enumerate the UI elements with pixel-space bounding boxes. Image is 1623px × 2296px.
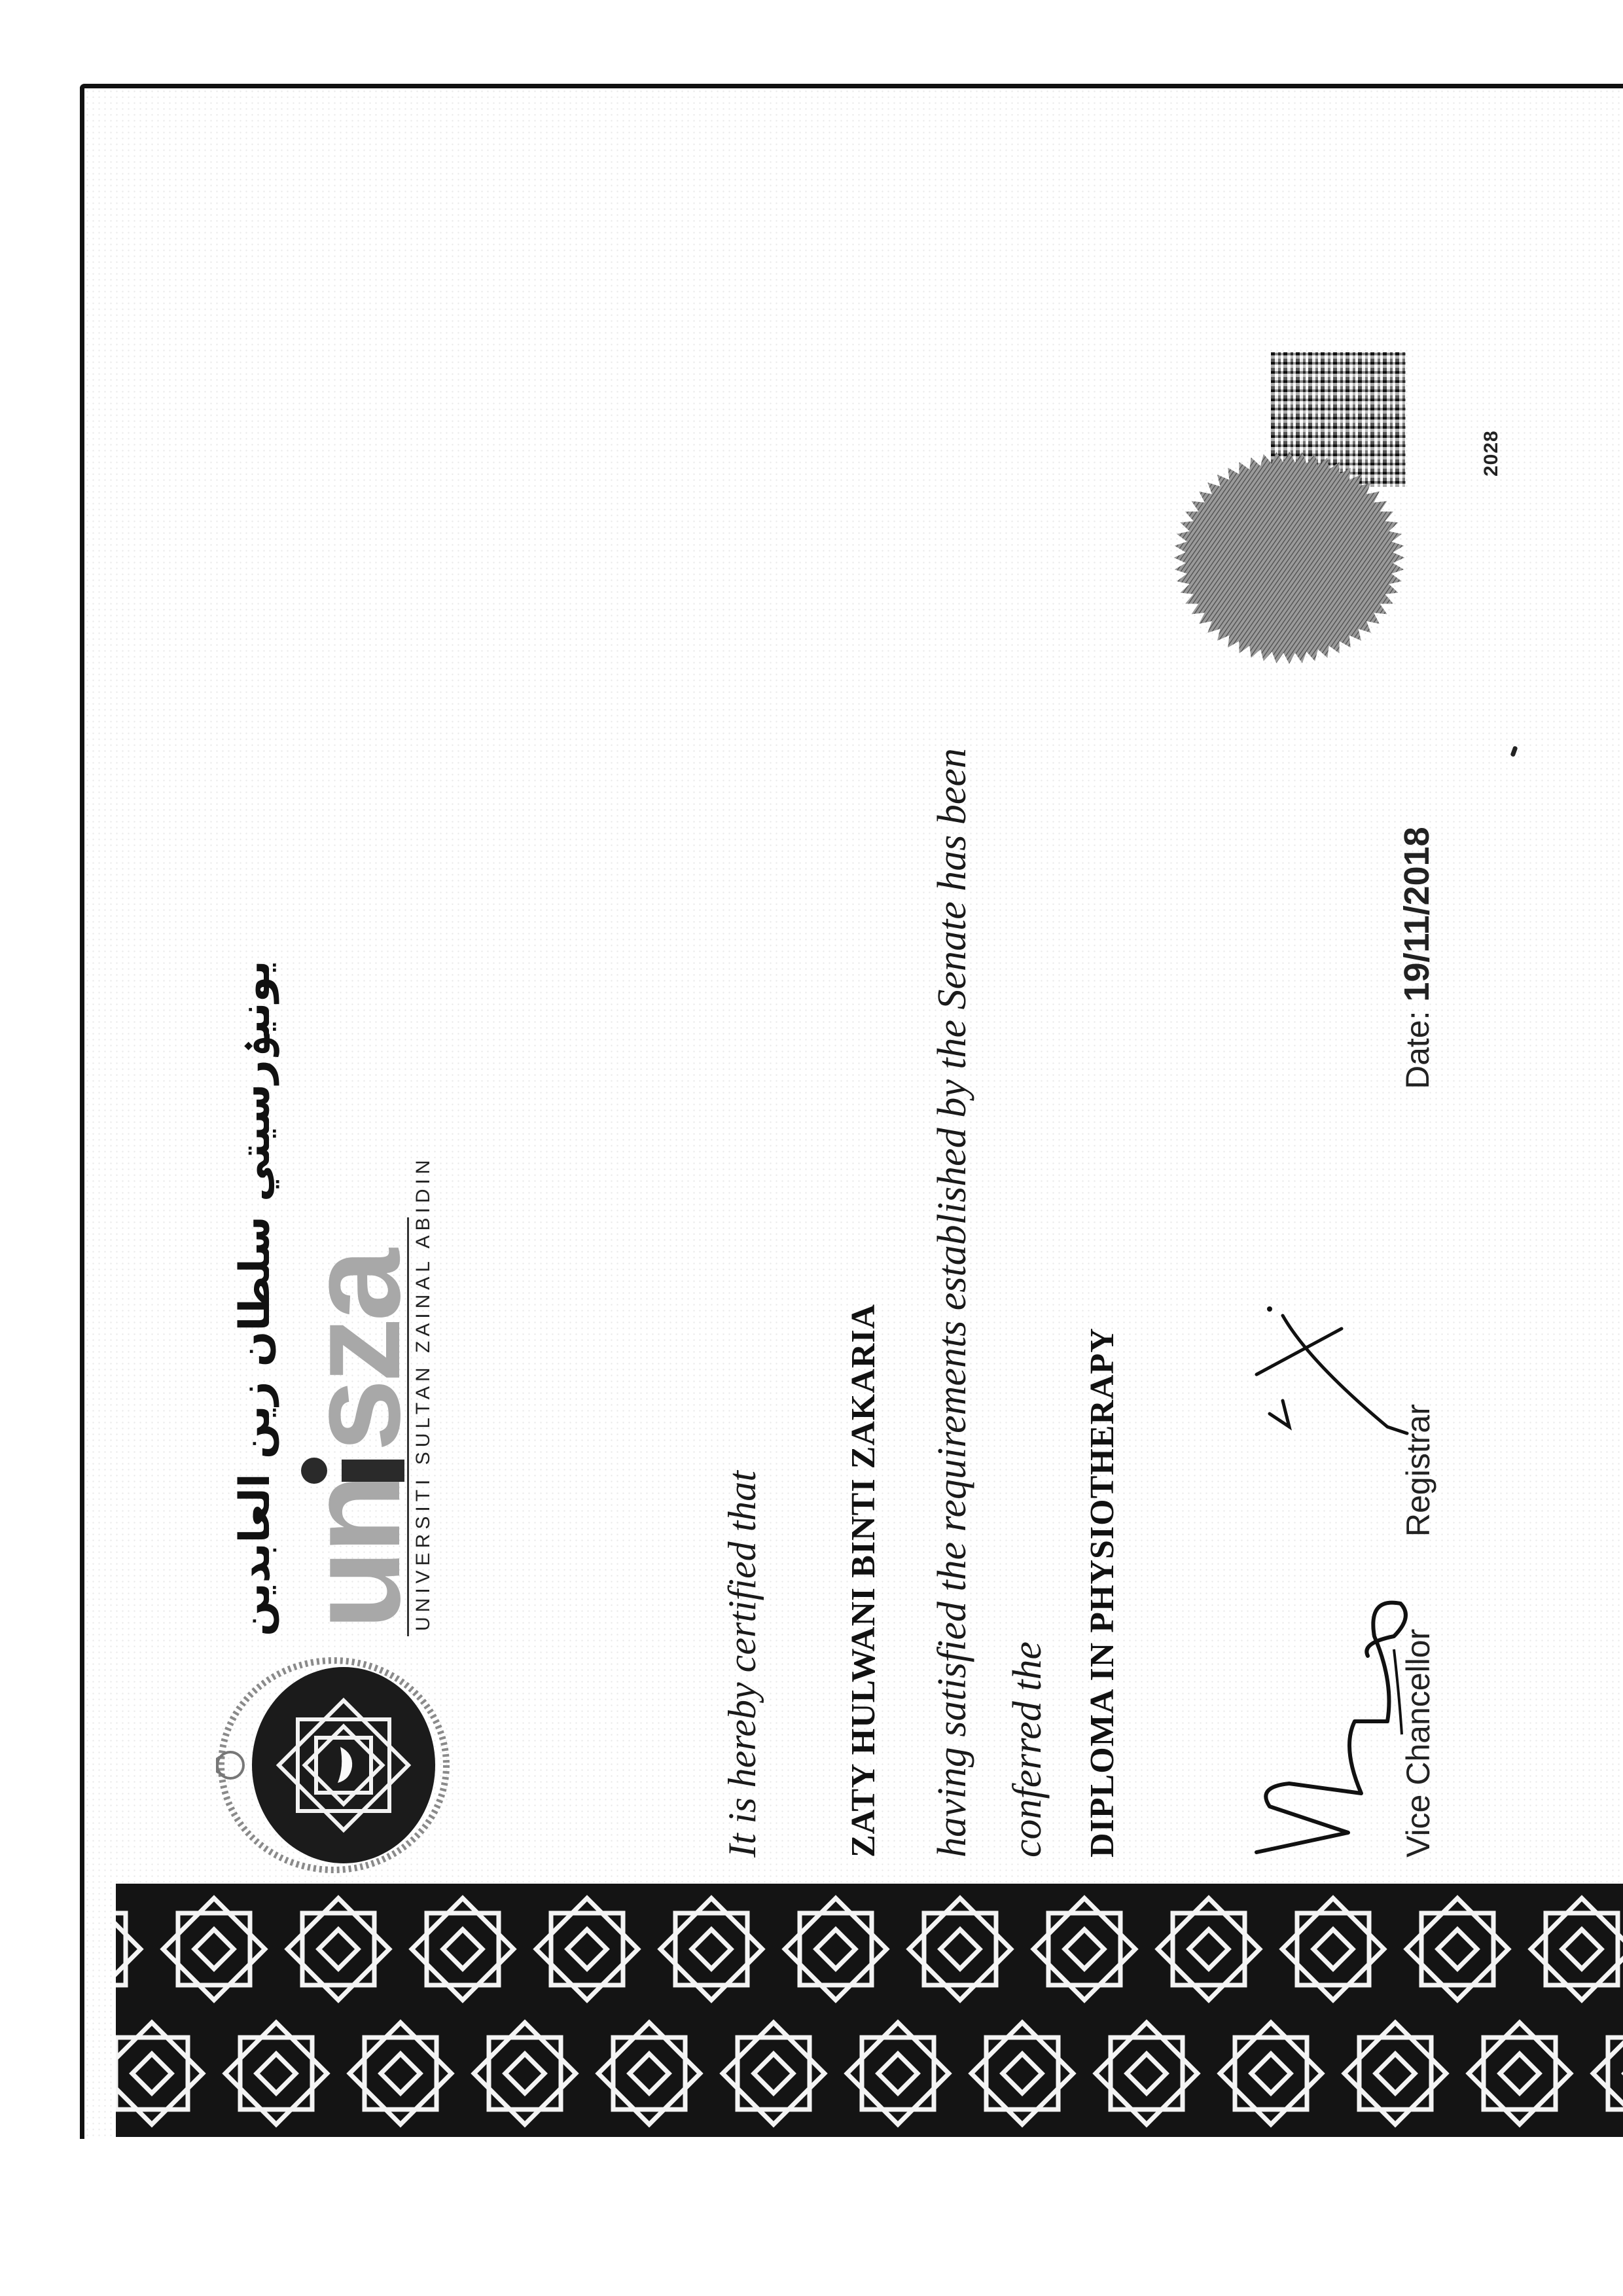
recipient-name: ZATY HULWANI BINTI ZAKARIA [844, 1304, 883, 1857]
university-name-jawi: يونيۏرسيتي سلطان زين العابدين [230, 960, 279, 1636]
vice-chancellor-label: Vice Chancellor [1399, 1629, 1437, 1857]
frame-border-left [80, 84, 84, 2139]
registrar-signature [1243, 1296, 1414, 1440]
award-title: DIPLOMA IN PHYSIOTHERAPY [1083, 1327, 1122, 1857]
unisza-wordmark-logo: un sza [288, 1217, 412, 1630]
svg-text:un: un [288, 1478, 412, 1630]
registrar-label: Registrar [1399, 1404, 1437, 1537]
svg-text:sza: sza [288, 1247, 412, 1452]
date-label: Date: [1399, 1011, 1436, 1089]
frame-border-top [80, 84, 1623, 88]
embossed-seal-icon [1171, 440, 1407, 675]
university-crest-icon [216, 1652, 452, 1878]
decorative-pattern-band [116, 1884, 1623, 2137]
university-name-latin: UNIVERSITI SULTAN ZAINAL ABIDIN [412, 1155, 435, 1631]
serial-number: 2028 [1480, 430, 1503, 476]
islamic-star-pattern-icon [116, 1884, 1623, 2137]
date-field: Date: 19/11/2018 [1397, 827, 1437, 1089]
statement-line-1: having satisfied the requirements establ… [929, 748, 976, 1857]
logo-divider [407, 1217, 409, 1636]
statement-line-2: conferred the [1005, 1641, 1051, 1857]
intro-text: It is hereby certified that [720, 1471, 765, 1857]
date-value: 19/11/2018 [1397, 827, 1436, 1001]
vice-chancellor-signature [1230, 1525, 1427, 1865]
